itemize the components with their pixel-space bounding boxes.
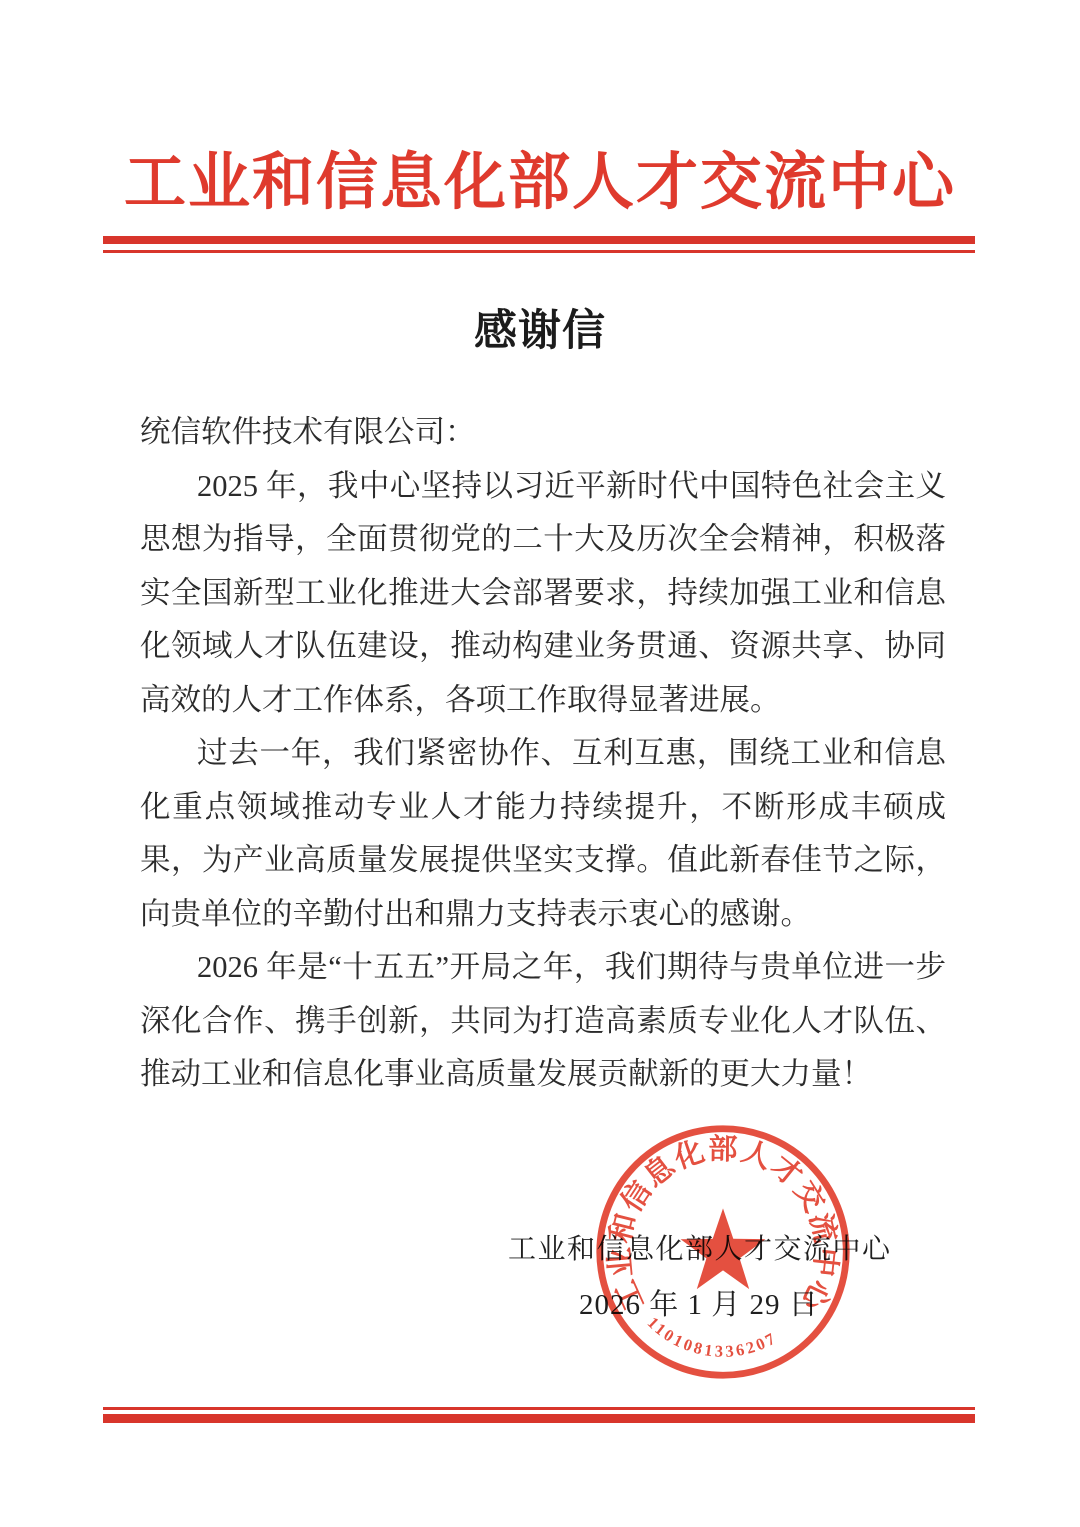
letter-body: 统信软件技术有限公司： 2025 年，我中心坚持以习近平新时代中国特色社会主义思…	[140, 406, 946, 1102]
body-paragraph-3: 2026 年是“十五五”开局之年，我们期待与贵单位进一步深化合作、携手创新，共同…	[140, 941, 946, 1102]
body-paragraph-1: 2025 年，我中心坚持以习近平新时代中国特色社会主义思想为指导，全面贯彻党的二…	[140, 460, 946, 728]
body-paragraph-2: 过去一年，我们紧密协作、互利互惠，围绕工业和信息化重点领域推动专业人才能力持续提…	[140, 727, 946, 941]
footer-rule-thick	[103, 1414, 975, 1423]
salutation: 统信软件技术有限公司：	[140, 406, 946, 460]
footer-double-rule	[103, 1407, 975, 1423]
header-double-rule	[103, 236, 975, 253]
letterhead-org-name: 工业和信息化部人才交流中心	[0, 146, 1080, 220]
footer-rule-thin	[103, 1407, 975, 1410]
document-title: 感谢信	[0, 297, 1080, 358]
seal-code: 1101081336207	[644, 1313, 781, 1361]
seal-star-icon	[681, 1208, 766, 1289]
official-seal: 工业和信息化部人才交流中心 1101081336207	[592, 1121, 854, 1383]
header-rule-thick	[103, 236, 975, 244]
header-rule-thin	[103, 250, 975, 253]
letter-page: 工业和信息化部人才交流中心 感谢信 统信软件技术有限公司： 2025 年，我中心…	[0, 0, 1080, 1527]
